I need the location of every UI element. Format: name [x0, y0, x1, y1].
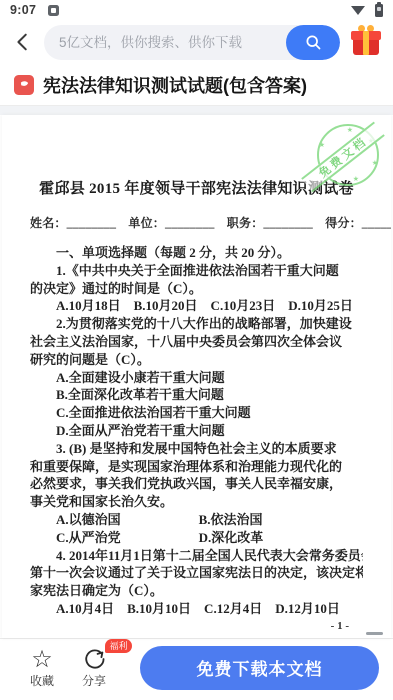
doc-line: A.10月4日 B.10月10日 C.12月4日 D.12月10日 — [30, 600, 363, 618]
search-icon — [304, 33, 323, 52]
gift-rewards-button[interactable] — [349, 25, 383, 59]
exam-title: 霍邱县 2015 年度领导干部宪法法律知识测试卷 — [30, 177, 363, 198]
status-bar: 9:07 — [0, 0, 393, 20]
doc-line: C.全面推进依法治国若干重大问题 — [30, 404, 363, 422]
doc-line: 社会主义法治国家，十八届中央委员会第四次全体会议 — [30, 333, 363, 351]
doc-line: 事关党和国家长治久安。 — [30, 493, 363, 511]
share-label: 分享 — [82, 672, 106, 689]
doc-line: 4. 2014年11月1日第十二届全国人民代表大会常务委员会 — [30, 547, 363, 565]
battery-icon — [375, 4, 383, 17]
document-viewer[interactable]: ★ ★ ★ ★ ★ ★ 免费文档 霍邱县 2015 年度领导干部宪法法律知识测试… — [2, 115, 391, 638]
app-root: 9:07 — [0, 0, 393, 700]
bottom-toolbar: ☆ 收藏 福利 分享 免费下载本文档 — [0, 638, 393, 700]
doc-line: 必然要求，事关我们党执政兴国，事关人民幸福安康， — [30, 475, 363, 493]
wifi-icon — [351, 6, 365, 15]
doc-line: 和重要保障，是实现国家治理体系和治理能力现代化的 — [30, 458, 363, 476]
divider-band — [0, 106, 393, 115]
favorite-button[interactable]: ☆ 收藏 — [16, 647, 68, 689]
search-button[interactable] — [286, 25, 340, 60]
document-title-bar: 宪法法律知识测试试题(包含答案) — [0, 64, 393, 106]
back-button[interactable] — [8, 27, 38, 57]
star-icon: ☆ — [31, 647, 53, 671]
doc-line: D.全面从严治党若干重大问题 — [30, 422, 363, 440]
doc-line: 3. (B) 是坚持和发展中国特色社会主义的本质要求 — [30, 440, 363, 458]
page-title: 宪法法律知识测试试题(包含答案) — [43, 72, 307, 98]
doc-line: 一、单项选择题（每题 2 分，共 20 分）。 — [30, 244, 363, 262]
download-button[interactable]: 免费下载本文档 — [140, 646, 379, 690]
doc-line: A.全面建设小康若干重大问题 — [30, 369, 363, 387]
doc-line: A.10月18日 B.10月20日 C.10月23日 D.10月25日 — [30, 297, 363, 315]
doc-line: 家宪法日确定为（C）。 — [30, 582, 363, 600]
document-content: 霍邱县 2015 年度领导干部宪法法律知识测试卷 姓名：________ 单位：… — [2, 115, 391, 618]
search-bar — [44, 25, 340, 60]
status-time: 9:07 — [10, 3, 36, 17]
exam-body: 一、单项选择题（每题 2 分，共 20 分）。 1.《中共中央关于全面推进依法治… — [30, 244, 363, 618]
notification-app-icon — [48, 5, 59, 16]
doc-line: 2.为贯彻落实党的十八大作出的战略部署，加快建设 — [30, 315, 363, 333]
share-bonus-badge: 福利 — [105, 639, 132, 653]
doc-line: B.全面深化改革若干重大问题 — [30, 386, 363, 404]
doc-line: 的决定》通过的时间是（C）。 — [30, 280, 363, 298]
back-chevron-icon — [12, 31, 34, 53]
doc-line: 研究的问题是（C）。 — [30, 351, 363, 369]
share-button[interactable]: 福利 分享 — [68, 646, 120, 689]
share-refresh-icon — [82, 646, 107, 671]
doc-line: 1.《中共中央关于全面推进依法治国若干重大问题 — [30, 262, 363, 280]
pdf-doc-icon — [14, 75, 34, 95]
doc-line: C.从严治党 D.深化改革 — [30, 529, 363, 547]
doc-line: 第十一次会议通过了关于设立国家宪法日的决定，该决定将国 — [30, 564, 363, 582]
scrollbar-handle[interactable] — [366, 632, 383, 635]
exam-fields-line: 姓名：________ 单位：________ 职务：________ 得分：_… — [30, 214, 363, 231]
doc-line: A.以德治国 B.依法治国 — [30, 511, 363, 529]
page-number: - 1 - — [331, 620, 349, 632]
favorite-label: 收藏 — [30, 672, 54, 689]
search-header — [0, 20, 393, 64]
